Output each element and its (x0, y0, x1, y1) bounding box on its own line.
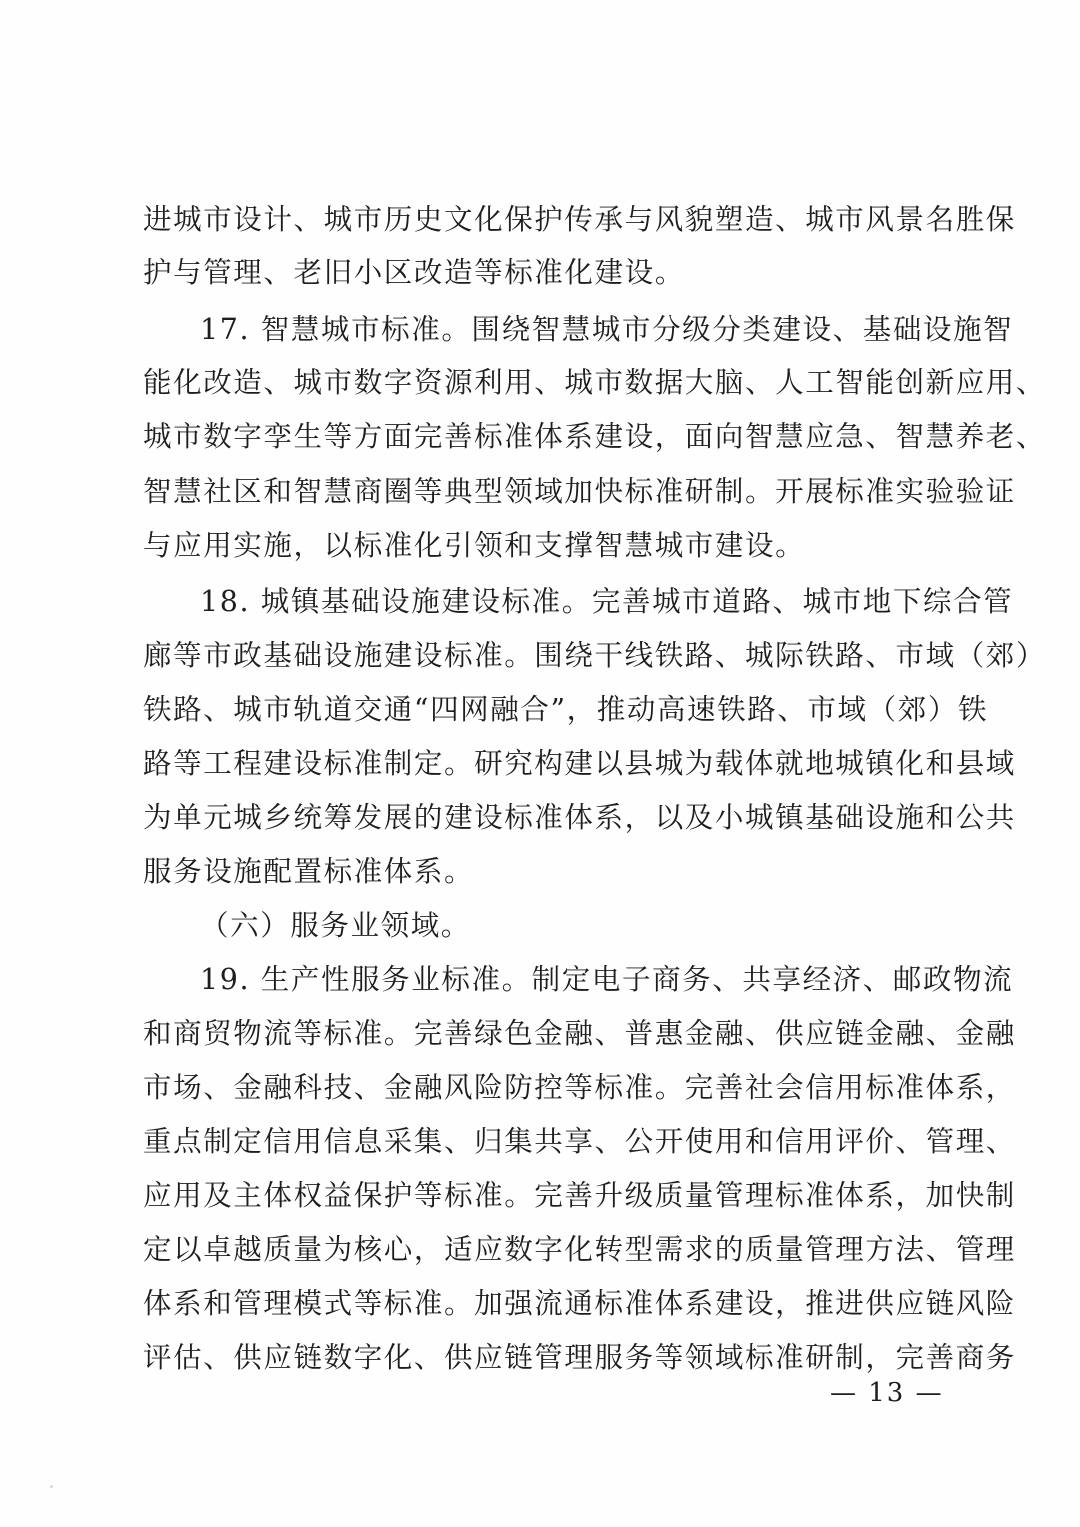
paragraph-line: 城市数字孪生等方面完善标准体系建设，面向智慧应急、智慧养老、 (143, 420, 963, 454)
page-number: — 13 — (830, 1378, 944, 1408)
paragraph-line: 体系和管理模式等标准。加强流通标准体系建设，推进供应链风险 (143, 1287, 963, 1321)
paragraph-line: 定以卓越质量为核心，适应数字化转型需求的质量管理方法、管理 (143, 1233, 963, 1267)
scan-speck (50, 1485, 53, 1488)
paragraph-line: 智慧社区和智慧商圈等典型领域加快标准研制。开展标准实验验证 (143, 475, 963, 509)
paragraph-line: 重点制定信用信息采集、归集共享、公开使用和信用评价、管理、 (143, 1125, 963, 1159)
paragraph-line: 评估、供应链数字化、供应链管理服务等领域标准研制，完善商务 (143, 1341, 963, 1375)
section-6-heading: （六）服务业领域。 (200, 909, 963, 943)
paragraph-line: 与应用实施，以标准化引领和支撑智慧城市建设。 (143, 529, 963, 563)
paragraph-line: 市场、金融科技、金融风险防控等标准。完善社会信用标准体系， (143, 1071, 963, 1105)
paragraph-line: 和商贸物流等标准。完善绿色金融、普惠金融、供应链金融、金融 (143, 1017, 963, 1051)
paragraph-line: 应用及主体权益保护等标准。完善升级质量管理标准体系，加快制 (143, 1179, 963, 1213)
paragraph-line: 进城市设计、城市历史文化保护传承与风貌塑造、城市风景名胜保 (143, 203, 963, 237)
paragraph-line: 能化改造、城市数字资源利用、城市数据大脑、人工智能创新应用、 (143, 366, 963, 400)
paragraph-line: 护与管理、老旧小区改造等标准化建设。 (143, 256, 963, 290)
paragraph-line: 路等工程建设标准制定。研究构建以县城为载体就地城镇化和县域 (143, 747, 963, 781)
paragraph-line: 铁路、城市轨道交通“四网融合”，推动高速铁路、市域（郊）铁 (143, 693, 963, 727)
paragraph-line: 为单元城乡统筹发展的建设标准体系，以及小城镇基础设施和公共 (143, 801, 963, 835)
section-19-heading-line: 19. 生产性服务业标准。制定电子商务、共享经济、邮政物流 (200, 963, 963, 997)
section-18-heading-line: 18. 城镇基础设施建设标准。完善城市道路、城市地下综合管 (200, 585, 963, 619)
section-17-heading-line: 17. 智慧城市标准。围绕智慧城市分级分类建设、基础设施智 (200, 313, 963, 347)
paragraph-line: 服务设施配置标准体系。 (143, 855, 963, 889)
document-page: 进城市设计、城市历史文化保护传承与风貌塑造、城市风景名胜保 护与管理、老旧小区改… (0, 0, 1080, 1527)
paragraph-line: 廊等市政基础设施建设标准。围绕干线铁路、城际铁路、市域（郊） (143, 639, 963, 673)
